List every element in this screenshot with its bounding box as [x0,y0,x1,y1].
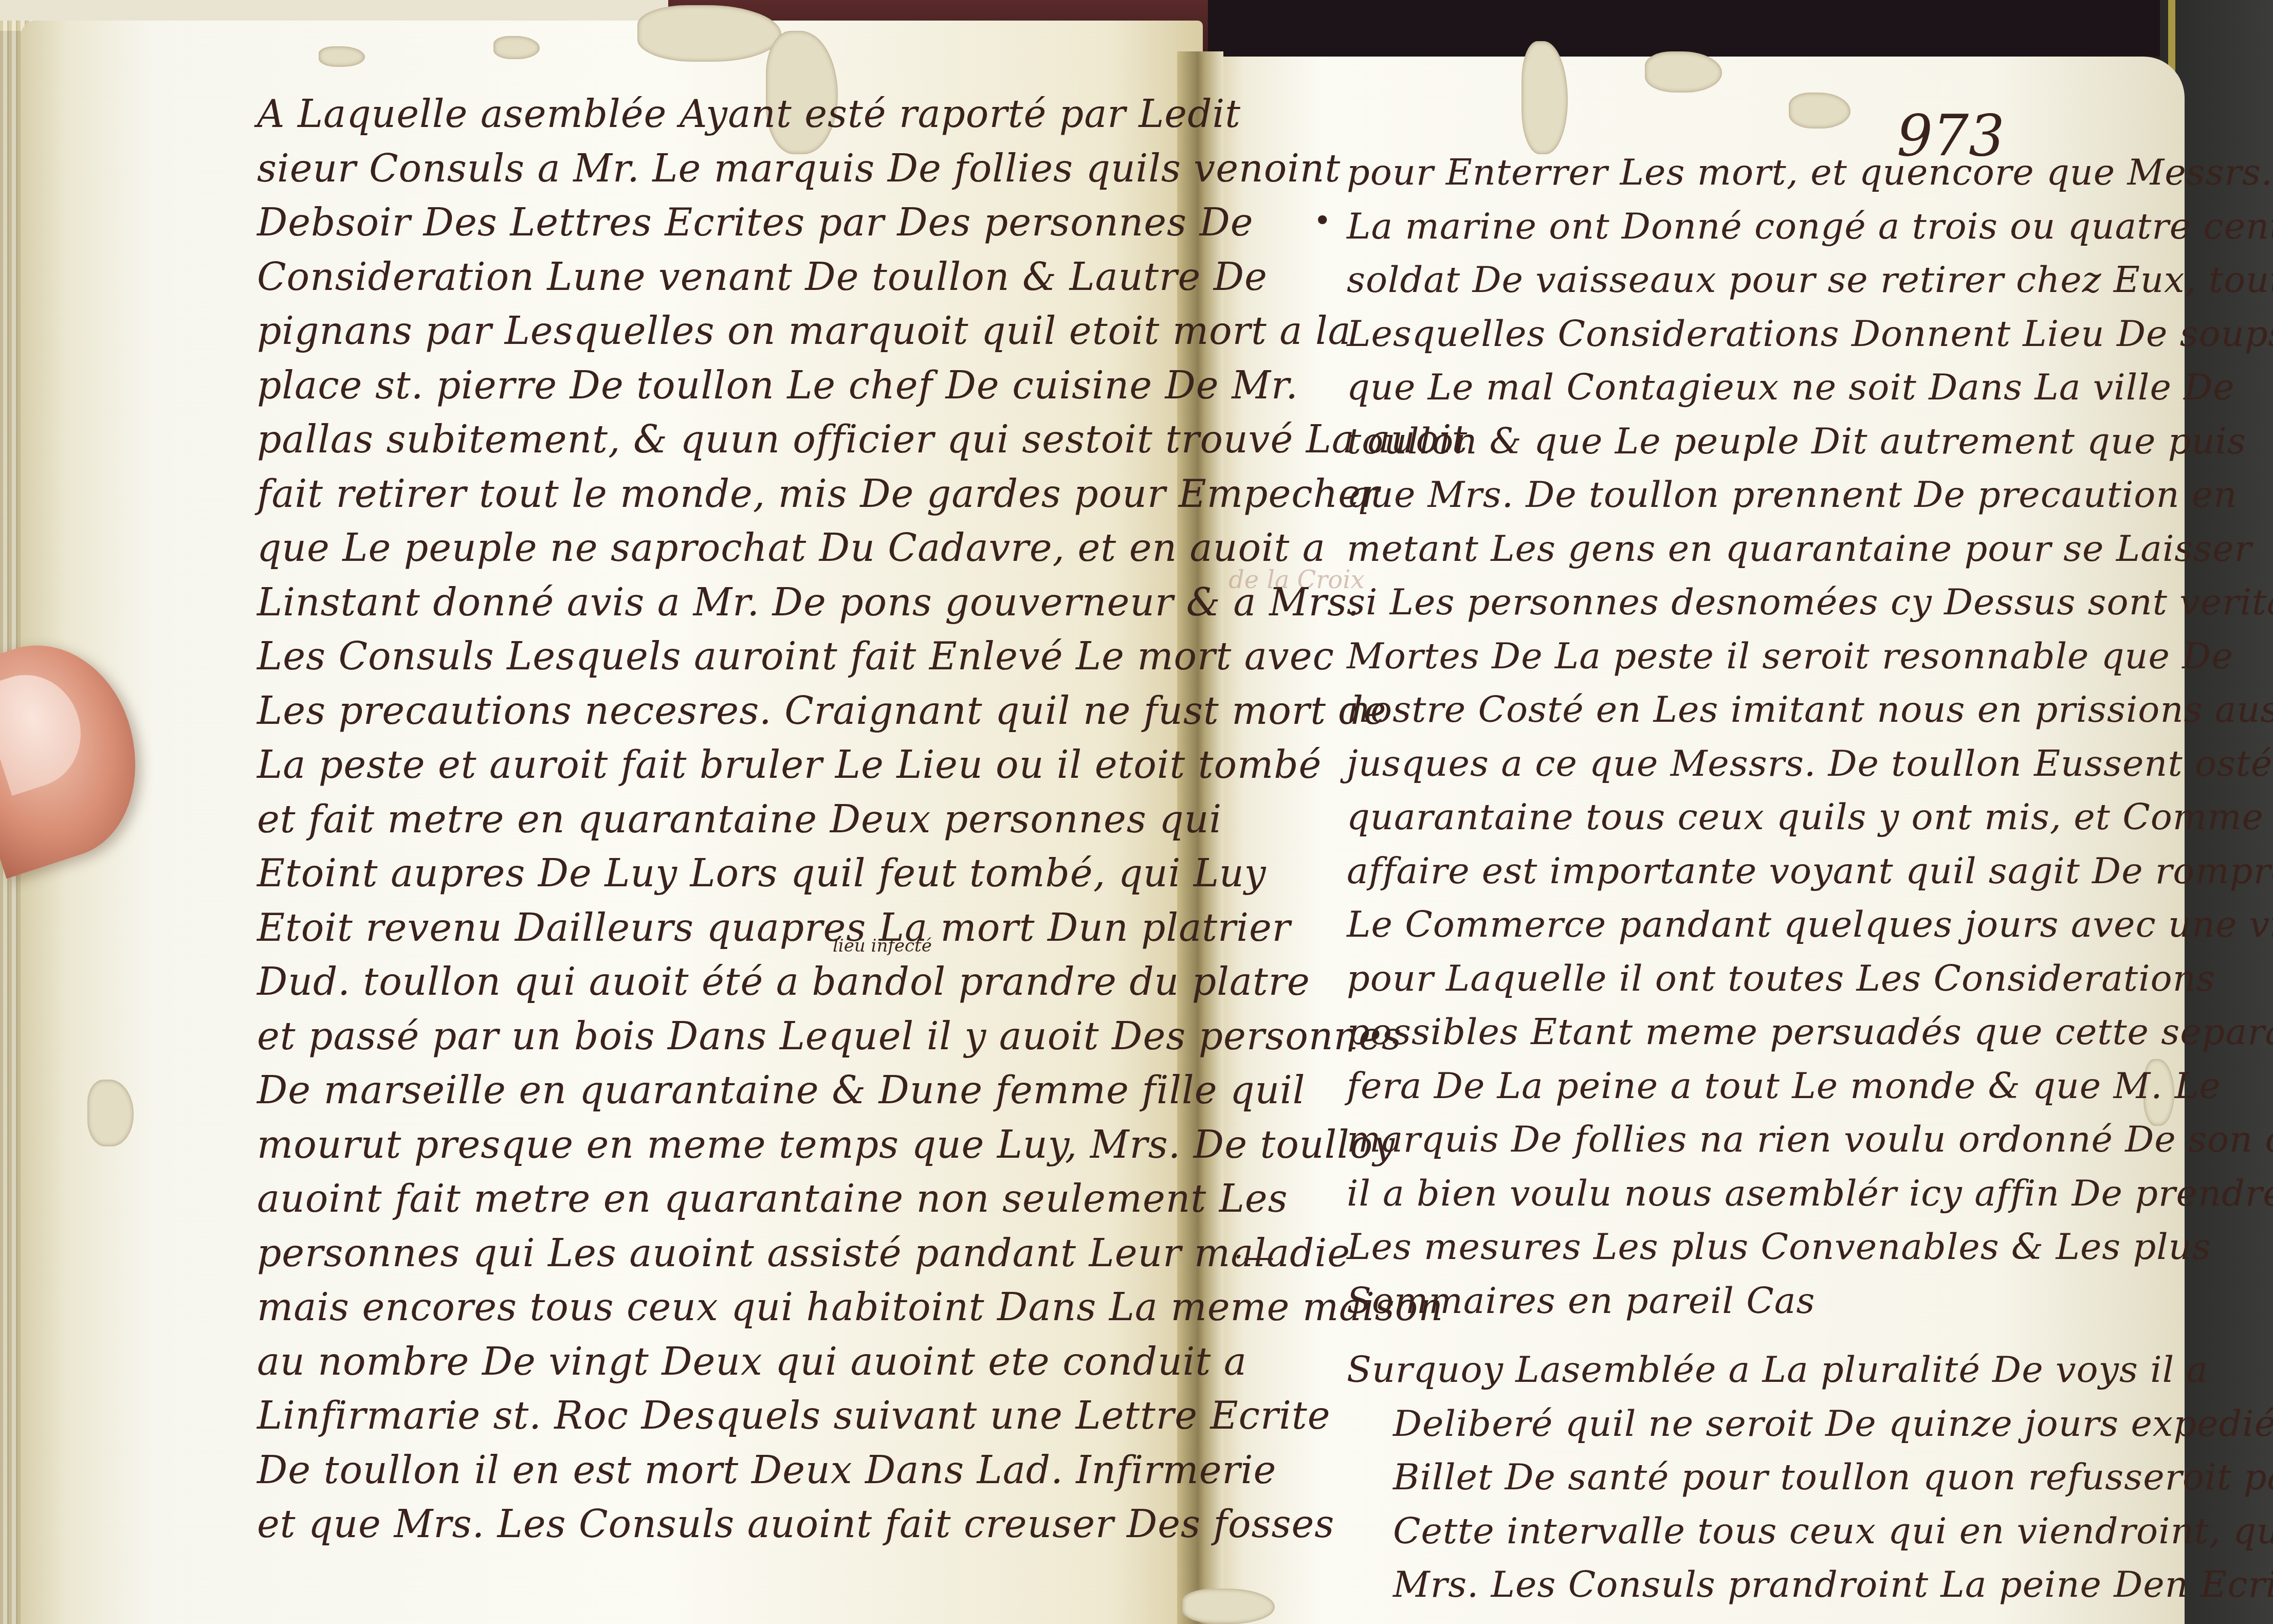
manuscript-line: que Mrs. De toullon prennent De precauti… [1347,477,2273,531]
manuscript-line: et fait metre en quarantaine Deux person… [257,800,1468,855]
manuscript-line: De marseille en quarantaine & Dune femme… [257,1071,1468,1126]
paper-tear [1182,1589,1275,1624]
manuscript-line: que Le peuple ne saprochat Du Cadavre, e… [257,529,1468,583]
manuscript-line: A Laquelle asemblée Ayant esté raporté p… [257,95,1468,150]
right-page-text: pour Enterrer Les mort, et quencore que … [1347,154,2273,1620]
manuscript-line: Mortes De La peste il seroit resonnable … [1347,638,2273,692]
paper-tear [87,1080,134,1146]
manuscript-line: pignans par Lesquelles on marquoit quil … [257,312,1468,367]
manuscript-line: fait retirer tout le monde, mis De garde… [257,475,1468,530]
manuscript-line: place st. pierre De toullon Le chef De c… [257,367,1468,421]
manuscript-line: metant Les gens en quarantaine pour se L… [1347,531,2273,585]
manuscript-line: pour Enterrer Les mort, et quencore que … [1347,154,2273,208]
manuscript-line: pour Laquelle il ont toutes Les Consider… [1347,960,2273,1014]
manuscript-line: mourut presque en meme temps que Luy, Mr… [257,1126,1468,1180]
manuscript-line: quarantaine tous ceux quils y ont mis, e… [1347,799,2273,853]
manuscript-line: soldat De vaisseaux pour se retirer chez… [1347,262,2273,316]
manuscript-line: Le Commerce pandant quelques jours avec … [1347,906,2273,960]
manuscript-line: Sommaires en pareil Cas [1347,1283,2273,1337]
manuscript-line: Les precautions necesres. Craignant quil… [257,692,1468,746]
manuscript-line: Debsoir Des Lettres Ecrites par Des pers… [257,204,1468,258]
manuscript-line: que Le mal Contagieux ne soit Dans La vi… [1347,369,2273,423]
manuscript-line: Deliberé quil ne seroit De quinze jours … [1347,1406,2273,1459]
left-page-text: A Laquelle asemblée Ayant esté raporté p… [257,95,1468,1560]
manuscript-line: affaire est importante voyant quil sagit… [1347,853,2273,907]
manuscript-line: jusques a ce que Messrs. De toullon Euss… [1347,745,2273,799]
paper-tear [637,5,781,62]
manuscript-line: Billet De santé pour toullon quon refuss… [1347,1459,2273,1513]
manuscript-line: auoint fait metre en quarantaine non seu… [257,1180,1468,1234]
manuscript-line: toullon & que Le peuple Dit autrement qu… [1347,423,2273,477]
manuscript-line: Les Consuls Lesquels auroint fait Enlevé… [257,637,1468,692]
manuscript-line: La marine ont Donné congé a trois ou qua… [1347,208,2273,262]
manuscript-line: au nombre De vingt Deux qui auoint ete c… [257,1343,1468,1397]
manuscript-line: mais encores tous ceux qui habitoint Dan… [257,1288,1468,1343]
manuscript-line: Linstant donné avis a Mr. De pons gouver… [257,583,1468,638]
background-dark-cloth [1208,0,2185,57]
manuscript-line: Dud. toullon qui auoit été a bandol pran… [257,963,1468,1017]
manuscript-line: personnes qui Les auoint assisté pandant… [257,1234,1468,1289]
interlinear-note: lieu infecté [833,936,932,956]
paper-tear [493,36,540,59]
manuscript-line: Etoint aupres De Luy Lors quil feut tomb… [257,854,1468,909]
manuscript-line: Linfirmarie st. Roc Desquels suivant une… [257,1397,1468,1451]
manuscript-line: pallas subitement, & quun officier qui s… [257,421,1468,475]
manuscript-line: Lesquelles Considerations Donnent Lieu D… [1347,316,2273,370]
thumbnail-nail [0,661,95,796]
manuscript-line: Les mesures Les plus Convenables & Les p… [1347,1229,2273,1283]
manuscript-line: La peste et auroit fait bruler Le Lieu o… [257,746,1468,800]
manuscript-line: fera De La peine a tout Le monde & que M… [1347,1068,2273,1122]
manuscript-line: marquis De follies na rien voulu ordonné… [1347,1121,2273,1175]
manuscript-line: sieur Consuls a Mr. Le marquis De follie… [257,150,1468,204]
manuscript-line-paragraph-start: Surquoy Lasemblée a La pluralité De voys… [1347,1352,2273,1406]
paper-tear [1789,93,1850,129]
manuscript-line: Consideration Lune venant De toullon & L… [257,258,1468,313]
paper-tear [319,46,365,67]
bleed-through-text [72,103,80,147]
manuscript-line: possibles Etant meme persuadés que cette… [1347,1014,2273,1068]
manuscript-line: il a bien voulu nous asemblér icy affin … [1347,1175,2273,1229]
manuscript-line: nostre Costé en Les imitant nous en pris… [1347,691,2273,745]
manuscript-line: Mrs. Les Consuls prandroint La peine Den… [1347,1566,2273,1620]
manuscript-line: si Les personnes desnomées cy Dessus son… [1347,584,2273,638]
manuscript-line: et passé par un bois Dans Lequel il y au… [257,1017,1468,1072]
manuscript-line: Cette intervalle tous ceux qui en viendr… [1347,1513,2273,1567]
manuscript-line: et que Mrs. Les Consuls auoint fait creu… [257,1505,1468,1560]
paper-tear [1645,51,1722,93]
manuscript-line: De toullon il en est mort Deux Dans Lad.… [257,1451,1468,1506]
